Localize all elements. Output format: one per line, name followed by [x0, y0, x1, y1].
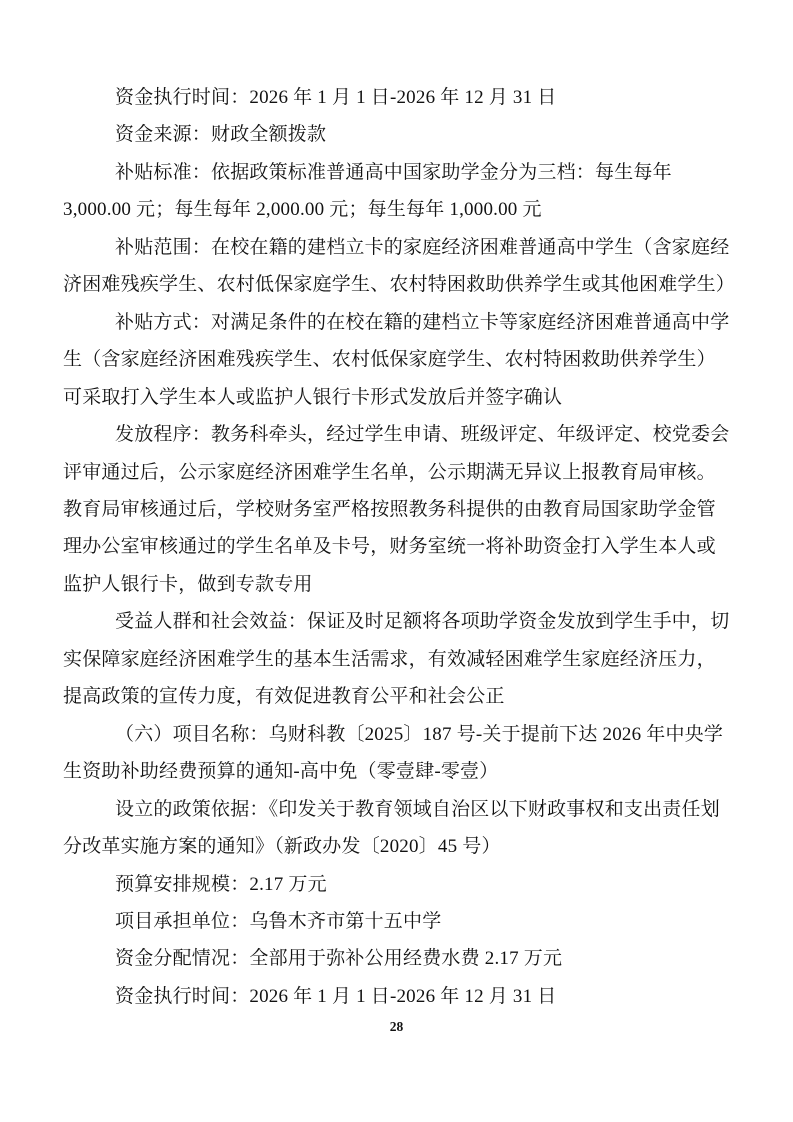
text-line: 补贴标准：依据政策标准普通高中国家助学金分为三档：每生每年 [63, 154, 735, 191]
text-line: 监护人银行卡，做到专款专用 [63, 566, 735, 603]
text-line: （六）项目名称：乌财科教〔2025〕187 号-关于提前下达 2026 年中央学 [63, 716, 735, 753]
text-line: 资金执行时间：2026 年 1 月 1 日-2026 年 12 月 31 日 [63, 79, 735, 116]
text-line: 3,000.00 元；每生每年 2,000.00 元；每生每年 1,000.00… [63, 191, 735, 228]
text-line: 发放程序：教务科牵头，经过学生申请、班级评定、年级评定、校党委会 [63, 416, 735, 453]
text-line: 可采取打入学生本人或监护人银行卡形式发放后并签字确认 [63, 379, 735, 416]
text-line: 理办公室审核通过的学生名单及卡号，财务室统一将补助资金打入学生本人或 [63, 528, 735, 565]
text-line: 生资助补助经费预算的通知-高中免（零壹肆-零壹） [63, 753, 735, 790]
text-line: 补贴方式：对满足条件的在校在籍的建档立卡等家庭经济困难普通高中学 [63, 304, 735, 341]
text-line: 资金来源：财政全额拨款 [63, 116, 735, 153]
text-line: 资金分配情况：全部用于弥补公用经费水费 2.17 万元 [63, 940, 735, 977]
text-line: 设立的政策依据：《印发关于教育领域自治区以下财政事权和支出责任划 [63, 791, 735, 828]
text-line: 实保障家庭经济困难学生的基本生活需求，有效减轻困难学生家庭经济压力， [63, 641, 735, 678]
text-line: 分改革实施方案的通知》（新政办发〔2020〕45 号） [63, 828, 735, 865]
text-line: 补贴范围：在校在籍的建档立卡的家庭经济困难普通高中学生（含家庭经 [63, 229, 735, 266]
page-number: 28 [0, 1016, 793, 1038]
text-line: 生（含家庭经济困难残疾学生、农村低保家庭学生、农村特困救助供养学生） [63, 341, 735, 378]
text-line: 受益人群和社会效益：保证及时足额将各项助学资金发放到学生手中，切 [63, 603, 735, 640]
text-line: 资金执行时间：2026 年 1 月 1 日-2026 年 12 月 31 日 [63, 978, 735, 1015]
document-page: 资金执行时间：2026 年 1 月 1 日-2026 年 12 月 31 日资金… [0, 0, 793, 1122]
document-body: 资金执行时间：2026 年 1 月 1 日-2026 年 12 月 31 日资金… [63, 79, 735, 1015]
text-line: 项目承担单位：乌鲁木齐市第十五中学 [63, 903, 735, 940]
text-line: 预算安排规模：2.17 万元 [63, 866, 735, 903]
text-line: 提高政策的宣传力度，有效促进教育公平和社会公正 [63, 678, 735, 715]
text-line: 教育局审核通过后，学校财务室严格按照教务科提供的由教育局国家助学金管 [63, 491, 735, 528]
text-line: 济困难残疾学生、农村低保家庭学生、农村特困救助供养学生或其他困难学生） [63, 266, 735, 303]
text-line: 评审通过后，公示家庭经济困难学生名单，公示期满无异议上报教育局审核。 [63, 454, 735, 491]
